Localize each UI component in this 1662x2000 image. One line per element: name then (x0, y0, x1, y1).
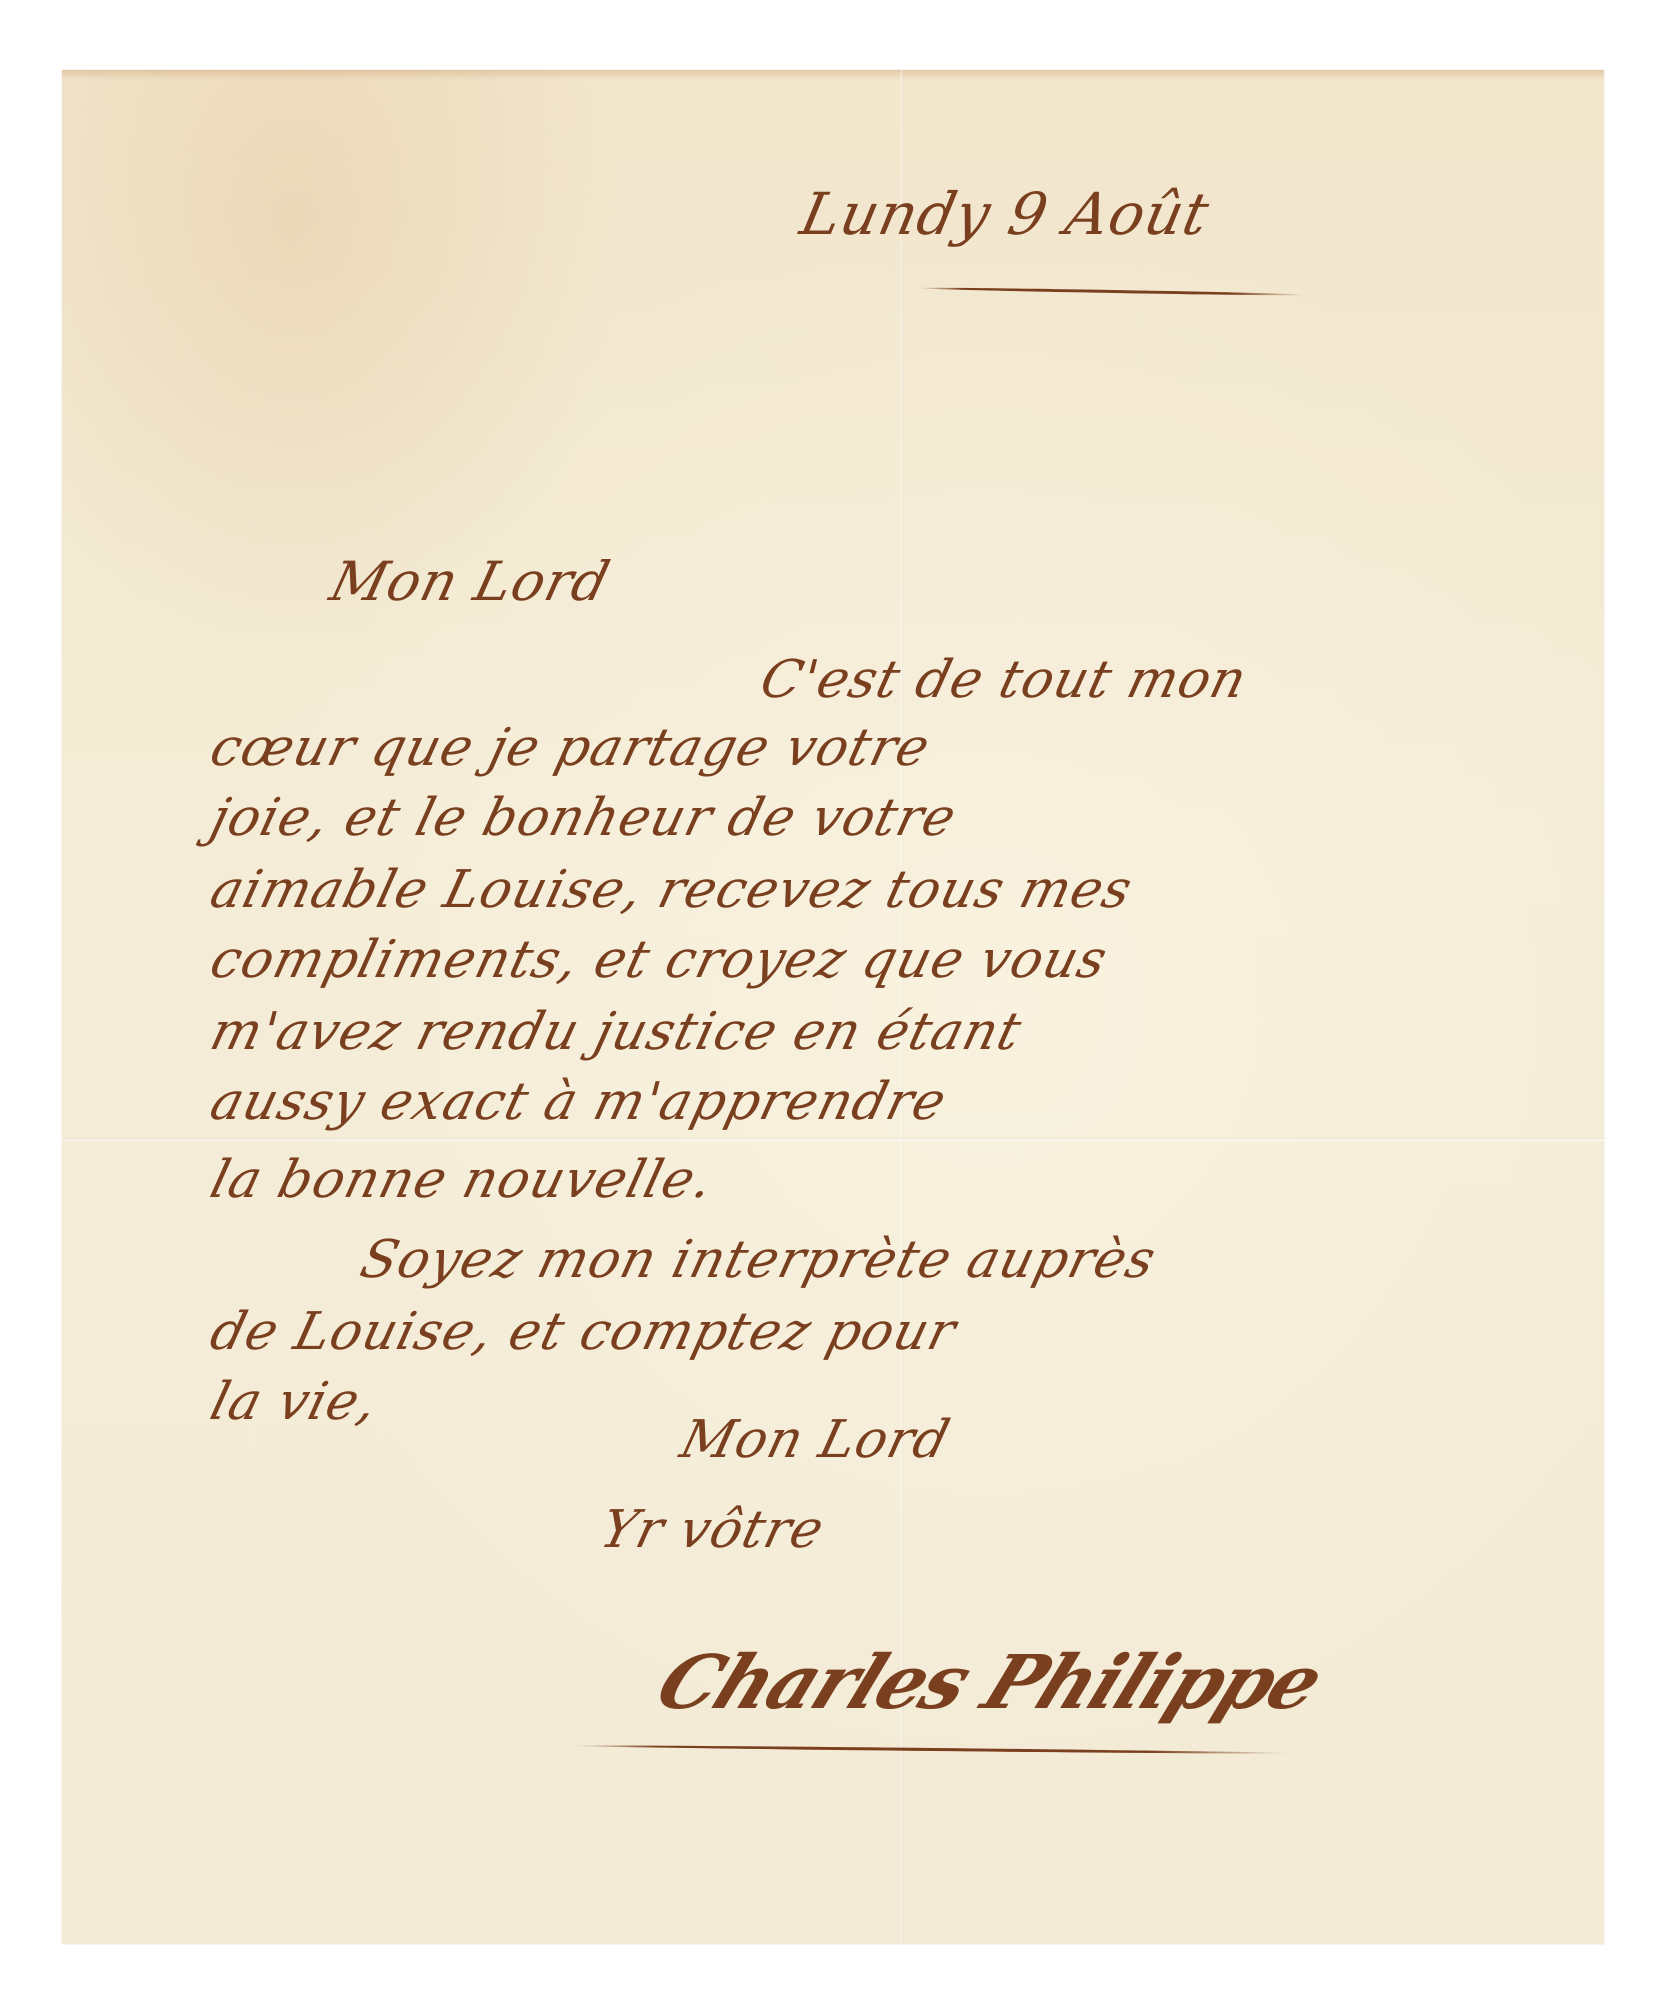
body-line: m'avez rendu justice en étant (205, 1002, 1028, 1062)
body-line: de Louise, et comptez pour (205, 1302, 963, 1362)
body-line: Soyez mon interprète auprès (355, 1230, 1162, 1290)
horizontal-fold-crease (62, 1138, 1604, 1142)
body-line: aussy exact à m'apprendre (205, 1072, 953, 1132)
body-line: joie, et le bonheur de votre (205, 788, 963, 848)
closing-phrase: Yr vôtre (595, 1500, 831, 1560)
date-underline-flourish (917, 287, 1307, 297)
body-line: cœur que je partage votre (205, 718, 937, 778)
body-line: compliments, et croyez que vous (205, 930, 1114, 990)
signature-underline-flourish (572, 1744, 1292, 1755)
signature: Charles Philippe (645, 1640, 1334, 1726)
body-line: la bonne nouvelle. (205, 1150, 720, 1210)
date-line: Lundy 9 Août (795, 180, 1216, 248)
body-line: C'est de tout mon (755, 650, 1254, 710)
salutation: Mon Lord (324, 550, 616, 613)
body-line: la vie, (205, 1372, 384, 1432)
letter-paper: Lundy 9 Août Mon Lord C'est de tout mon … (62, 70, 1604, 1944)
closing-address: Mon Lord (675, 1410, 957, 1470)
body-line: aimable Louise, recevez tous mes (205, 860, 1139, 920)
